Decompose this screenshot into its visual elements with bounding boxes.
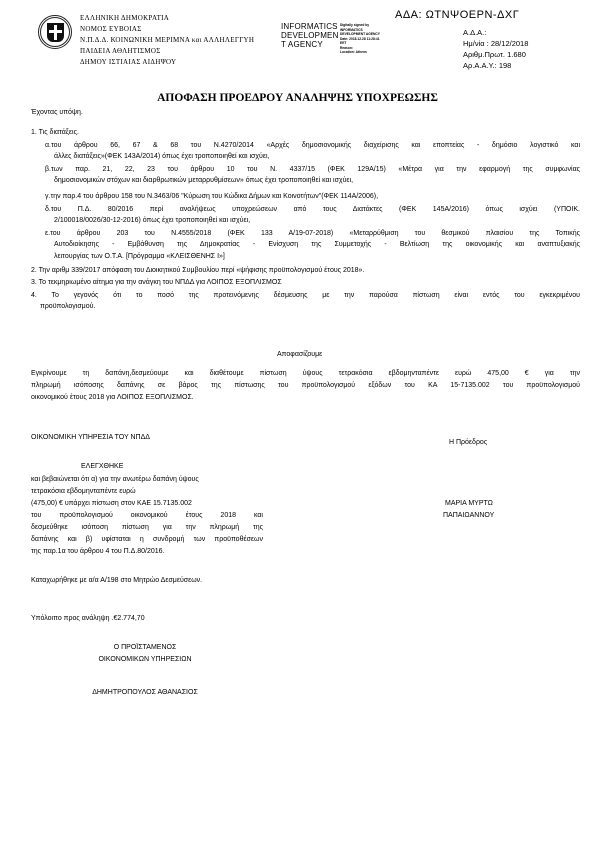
intro-text: Έχοντας υπόψη. [31, 108, 83, 118]
head-name: ΔΗΜΗΤΡΟΠΟΥΛΟΣ ΑΘΑΝΑΣΙΟΣ [60, 688, 230, 698]
org-line: ΠΑΙΔΕΙΑ ΑΘΛΗΤΙΣΜΟΣ [80, 46, 254, 57]
item-4: 4. Το γεγονός ότι το ποσό της προτεινόμε… [31, 291, 580, 301]
finance-line: του προϋπολογισμού οικονομικού έτους 201… [31, 511, 263, 521]
item-1-label: 1. Τις διατάξεις. [31, 128, 79, 138]
greek-emblem-icon [38, 15, 72, 49]
meta-ada: Α.Δ.Α.: [463, 27, 528, 38]
decision-line: οικονομικού έτους 2018 για ΛΟΙΠΟΣ ΕΞΟΠΛΙ… [31, 393, 194, 403]
head-title: Ο ΠΡΟΪΣΤΑΜΕΝΟΣ [60, 643, 230, 653]
sub-item-a-cont: άλλες διατάξεις»(ΦΕΚ 143Α/2014) όπως έχε… [54, 152, 269, 162]
remaining-balance: Υπόλοιπο προς ανάληψη .€2.774,70 [31, 614, 145, 624]
meta-date: Ημ/νία : 28/12/2018 [463, 38, 528, 49]
president-surname: ΠΑΠΑΙΩΑΝΝΟΥ [443, 511, 494, 521]
document-meta: Α.Δ.Α.: Ημ/νία : 28/12/2018 Αριθμ.Πρωτ. … [463, 27, 528, 71]
signature-line: DEVELOPMENT AGENCY [340, 32, 380, 37]
decision-line: Εγκρίνουμε τη δαπάνη,δεσμεύουμε και διαθ… [31, 369, 580, 379]
finance-line: τετρακόσια εβδομηνταπέντε ευρώ [31, 487, 136, 497]
item-4-cont: προϋπολογισμού. [40, 302, 95, 312]
sub-item-d-cont: 2/100018/0026/30-12-2016) όπως έχει τροπ… [54, 216, 250, 226]
decision-heading: Αποφασίζουμε [277, 350, 322, 360]
org-header: ΕΛΛΗΝΙΚΗ ΔΗΜΟΚΡΑΤΙΑ ΝΟΜΟΣ ΕΥΒΟΙΑΣ Ν.Π.Δ.… [80, 13, 254, 68]
meta-protocol: Αριθμ.Πρωτ. 1.680 [463, 49, 528, 60]
meta-aay: Αρ.Α.Α.Υ.: 198 [463, 60, 528, 71]
signature-line: Location: Athens [340, 50, 380, 55]
sub-item-b: β.των παρ. 21, 22, 23 του άρθρου 10 του … [45, 165, 580, 175]
agency-line: T AGENCY [281, 40, 339, 49]
org-line: ΕΛΛΗΝΙΚΗ ΔΗΜΟΚΡΑΤΙΑ [80, 13, 254, 24]
org-line: ΔΗΜΟΥ ΙΣΤΙΑΙΑΣ ΑΙΔΗΨΟΥ [80, 57, 254, 68]
agency-line: DEVELOPMEN [281, 31, 339, 40]
org-line: ΝΟΜΟΣ ΕΥΒΟΙΑΣ [80, 24, 254, 35]
sub-item-e-cont2: λειτουργίας των Ο.Τ.Α. [Πρόγραμμα «ΚΛΕΙΣ… [54, 252, 225, 262]
finance-line: δεσμεύθηκε ισόποση πίστωση για την πληρω… [31, 523, 263, 533]
finance-line: της παρ.1α του άρθρου 4 του Π.Δ.80/2016. [31, 547, 165, 557]
item-3: 3. Το τεκμηριωμένο αίτημα για την ανάγκη… [31, 278, 282, 288]
sub-item-a: α.του άρθρου 66, 67 & 68 του Ν.4270/2014… [45, 141, 580, 151]
org-line: Ν.Π.Δ.Δ. ΚΟΙΝΩΝΙΚΗ ΜΕΡΙΜΝΑ και ΑΛΛΗΛΕΓΓΥ… [80, 35, 254, 46]
finance-service-title: ΟΙΚΟΝΟΜΙΚΗ ΥΠΗΡΕΣΙΑ ΤΟΥ ΝΠΔΔ [31, 433, 150, 443]
finance-line: (475,00) € υπάρχει πίστωση στον ΚΑΕ 15.7… [31, 499, 192, 509]
president-name: ΜΑΡΙΑ ΜΥΡΤΩ [445, 499, 493, 509]
finance-line: δαπάνης και β) υφίσταται η συνδρομή των … [31, 535, 263, 545]
agency-name: INFORMATICS DEVELOPMEN T AGENCY [281, 22, 339, 49]
item-2: 2. Την αριθμ 339/2017 απόφαση του Διοικη… [31, 266, 364, 276]
registered-text: Καταχωρήθηκε με α/α Α/198 στο Μητρώο Δεσ… [31, 576, 202, 586]
finance-line: και βεβαιώνεται ότι α) για την ανωτέρω δ… [31, 475, 199, 485]
cross-shield-icon [47, 23, 64, 42]
ada-code: ΑΔΑ: ΩΤΝΨΟΕΡΝ-ΔΧΓ [395, 9, 519, 21]
agency-line: INFORMATICS [281, 22, 339, 31]
sub-item-c: γ.την παρ.4 του άρθρου 158 του Ν.3463/06… [45, 192, 378, 202]
decision-line: πληρωμή ισόποσης δαπάνης σε βάρος της πί… [31, 381, 580, 391]
sub-item-e-cont: Αυτοδιοίκησης - Εμβάθυνση της Δημοκρατία… [54, 240, 580, 250]
digital-signature: Digitally signed by INFORMATICS DEVELOPM… [340, 23, 380, 55]
sub-item-d: δ.του Π.Δ. 80/2016 περί αναλήψεως υποχρε… [45, 205, 580, 215]
sub-item-e: ε.του άρθρου 203 του Ν.4555/2018 (ΦΕΚ 13… [45, 229, 580, 239]
president-title: Η Πρόεδρος [449, 438, 487, 448]
sub-item-b-cont: δημοσιονομικών στόχων και διαρθρωτικών μ… [54, 176, 353, 186]
head-title: ΟΙΚΟΝΟΜΙΚΩΝ ΥΠΗΡΕΣΙΩΝ [60, 655, 230, 665]
checked-label: ΕΛΕΓΧΘΗΚΕ [81, 462, 123, 472]
document-title: ΑΠΟΦΑΣΗ ΠΡΟΕΔΡΟΥ ΑΝΑΛΗΨΗΣ ΥΠΟΧΡΕΩΣΗΣ [0, 92, 595, 104]
